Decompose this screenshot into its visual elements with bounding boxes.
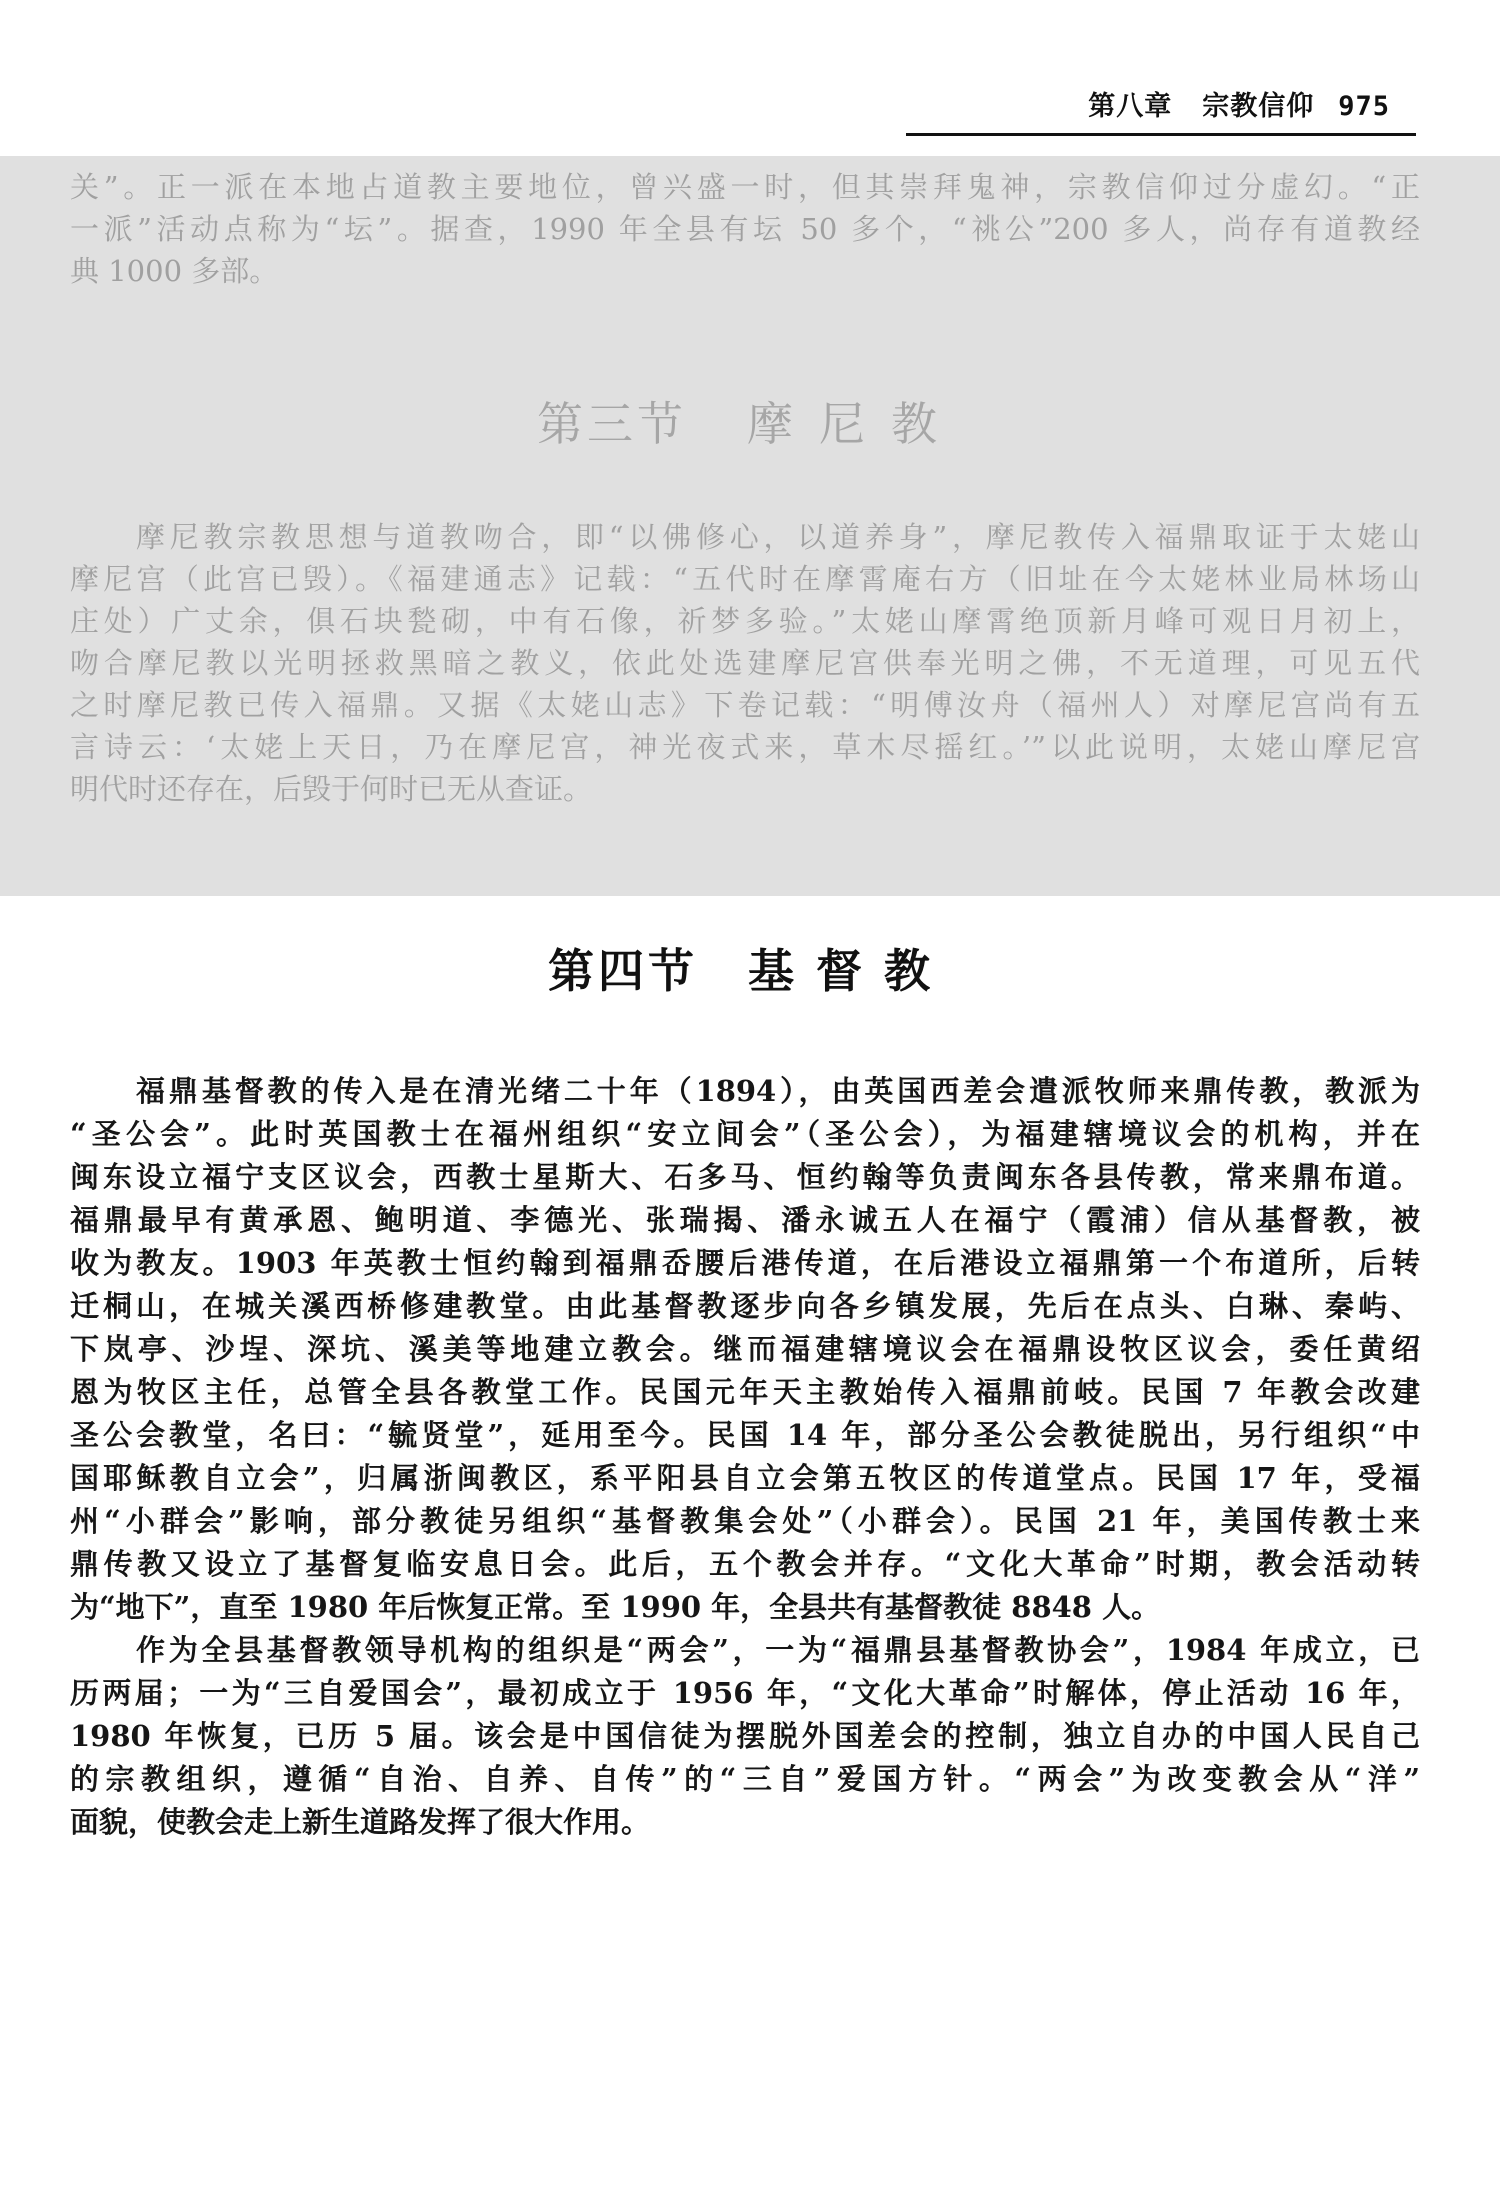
text-line: 面貌，使教会走上新生道路发挥了很大作用。 [70, 1801, 1420, 1844]
text-line: 庄处）广丈余，俱石块甃砌，中有石像，祈梦多验。”太姥山摩霄绝顶新月峰可观日月初上… [70, 600, 1420, 642]
text-line: 迁桐山，在城关溪西桥修建教堂。由此基督教逐步向各乡镇发展，先后在点头、白琳、秦屿… [70, 1285, 1420, 1328]
header-rule [906, 133, 1416, 136]
text-line: 典 1000 多部。 [70, 250, 1420, 292]
text-line: 作为全县基督教领导机构的组织是“两会”，一为“福鼎县基督教协会”，1984 年成… [70, 1629, 1420, 1672]
text-line: 州“小群会”影响，部分教徒另组织“基督教集会处”（小群会）。民国 21 年，美国… [70, 1500, 1420, 1543]
section3-heading: 第三节摩尼教 [0, 388, 1500, 454]
running-header-text: 第八章宗教信仰975 [1088, 84, 1390, 123]
running-header: 第八章宗教信仰975 [896, 76, 1416, 136]
text-line: 收为教友。1903 年英教士恒约翰到福鼎岙腰后港传道，在后港设立福鼎第一个布道所… [70, 1242, 1420, 1285]
text-line: 吻合摩尼教以光明拯救黑暗之教义，依此处选建摩尼宫供奉光明之佛，不无道理，可见五代 [70, 642, 1420, 684]
text-line: 闽东设立福宁支区议会，西教士星斯大、石多马、恒约翰等负责闽东各县传教，常来鼎布道… [70, 1156, 1420, 1199]
faded-region: 关”。正一派在本地占道教主要地位，曾兴盛一时，但其崇拜鬼神，宗教信仰过分虚幻。“… [0, 156, 1500, 896]
text-line: 摩尼教宗教思想与道教吻合，即“以佛修心，以道养身”，摩尼教传入福鼎取证于太姥山 [70, 516, 1420, 558]
text-line: 下岚亭、沙埕、深坑、溪美等地建立教会。继而福建辖境议会在福鼎设牧区议会，委任黄绍 [70, 1328, 1420, 1371]
text-line: 言诗云：‘太姥上天日，乃在摩尼宫，神光夜式来，草木尽摇红。’”以此说明，太姥山摩… [70, 726, 1420, 768]
text-line: 为“地下”，直至 1980 年后恢复正常。至 1990 年，全县共有基督教徒 8… [70, 1586, 1420, 1629]
section4-title: 基督教 [748, 944, 952, 998]
previous-section-continuation: 关”。正一派在本地占道教主要地位，曾兴盛一时，但其崇拜鬼神，宗教信仰过分虚幻。“… [70, 166, 1420, 292]
section3-body: 摩尼教宗教思想与道教吻合，即“以佛修心，以道养身”，摩尼教传入福鼎取证于太姥山 … [70, 516, 1420, 810]
section3-number: 第三节 [537, 397, 687, 451]
section4-number: 第四节 [548, 944, 698, 998]
text-line: 关”。正一派在本地占道教主要地位，曾兴盛一时，但其崇拜鬼神，宗教信仰过分虚幻。“… [70, 166, 1420, 208]
section3-title: 摩尼教 [747, 397, 963, 451]
text-line: 的宗教组织，遵循“自治、自养、自传”的“三自”爱国方针。“两会”为改变教会从“洋… [70, 1758, 1420, 1801]
text-line: 摩尼宫（此宫已毁）。《福建通志》记载：“五代时在摩霄庵右方（旧址在今太姥林业局林… [70, 558, 1420, 600]
text-line: 历两届；一为“三自爱国会”，最初成立于 1956 年，“文化大革命”时解体，停止… [70, 1672, 1420, 1715]
text-line: 明代时还存在，后毁于何时已无从查证。 [70, 768, 1420, 810]
text-line: 鼎传教又设立了基督复临安息日会。此后，五个教会并存。“文化大革命”时期，教会活动… [70, 1543, 1420, 1586]
text-line: 圣公会教堂，名曰：“毓贤堂”，延用至今。民国 14 年，部分圣公会教徒脱出，另行… [70, 1414, 1420, 1457]
text-line: 恩为牧区主任，总管全县各教堂工作。民国元年天主教始传入福鼎前岐。民国 7 年教会… [70, 1371, 1420, 1414]
text-line: 一派”活动点称为“坛”。据查，1990 年全县有坛 50 多个，“祧公”200 … [70, 208, 1420, 250]
text-line: 之时摩尼教已传入福鼎。又据《太姥山志》下卷记载：“明傅汝舟（福州人）对摩尼宫尚有… [70, 684, 1420, 726]
page-number: 975 [1338, 91, 1390, 122]
text-line: 福鼎基督教的传入是在清光绪二十年（1894），由英国西差会遣派牧师来鼎传教，教派… [70, 1070, 1420, 1113]
text-line: 福鼎最早有黄承恩、鲍明道、李德光、张瑞揭、潘永诚五人在福宁（霞浦）信从基督教，被 [70, 1199, 1420, 1242]
paragraph-1: 福鼎基督教的传入是在清光绪二十年（1894），由英国西差会遣派牧师来鼎传教，教派… [70, 1070, 1420, 1629]
paragraph-2: 作为全县基督教领导机构的组织是“两会”，一为“福鼎县基督教协会”，1984 年成… [70, 1629, 1420, 1844]
chapter-label: 第八章 [1088, 91, 1172, 122]
section4-heading: 第四节基督教 [0, 935, 1500, 1001]
text-line: 国耶稣教自立会”，归属浙闽教区，系平阳县自立会第五牧区的传道堂点。民国 17 年… [70, 1457, 1420, 1500]
text-line: 1980 年恢复，已历 5 届。该会是中国信徒为摆脱外国差会的控制，独立自办的中… [70, 1715, 1420, 1758]
section4-body: 福鼎基督教的传入是在清光绪二十年（1894），由英国西差会遣派牧师来鼎传教，教派… [70, 1070, 1420, 1844]
text-line: “圣公会”。此时英国教士在福州组织“安立间会”（圣公会），为福建辖境议会的机构，… [70, 1113, 1420, 1156]
chapter-title: 宗教信仰 [1202, 91, 1314, 122]
